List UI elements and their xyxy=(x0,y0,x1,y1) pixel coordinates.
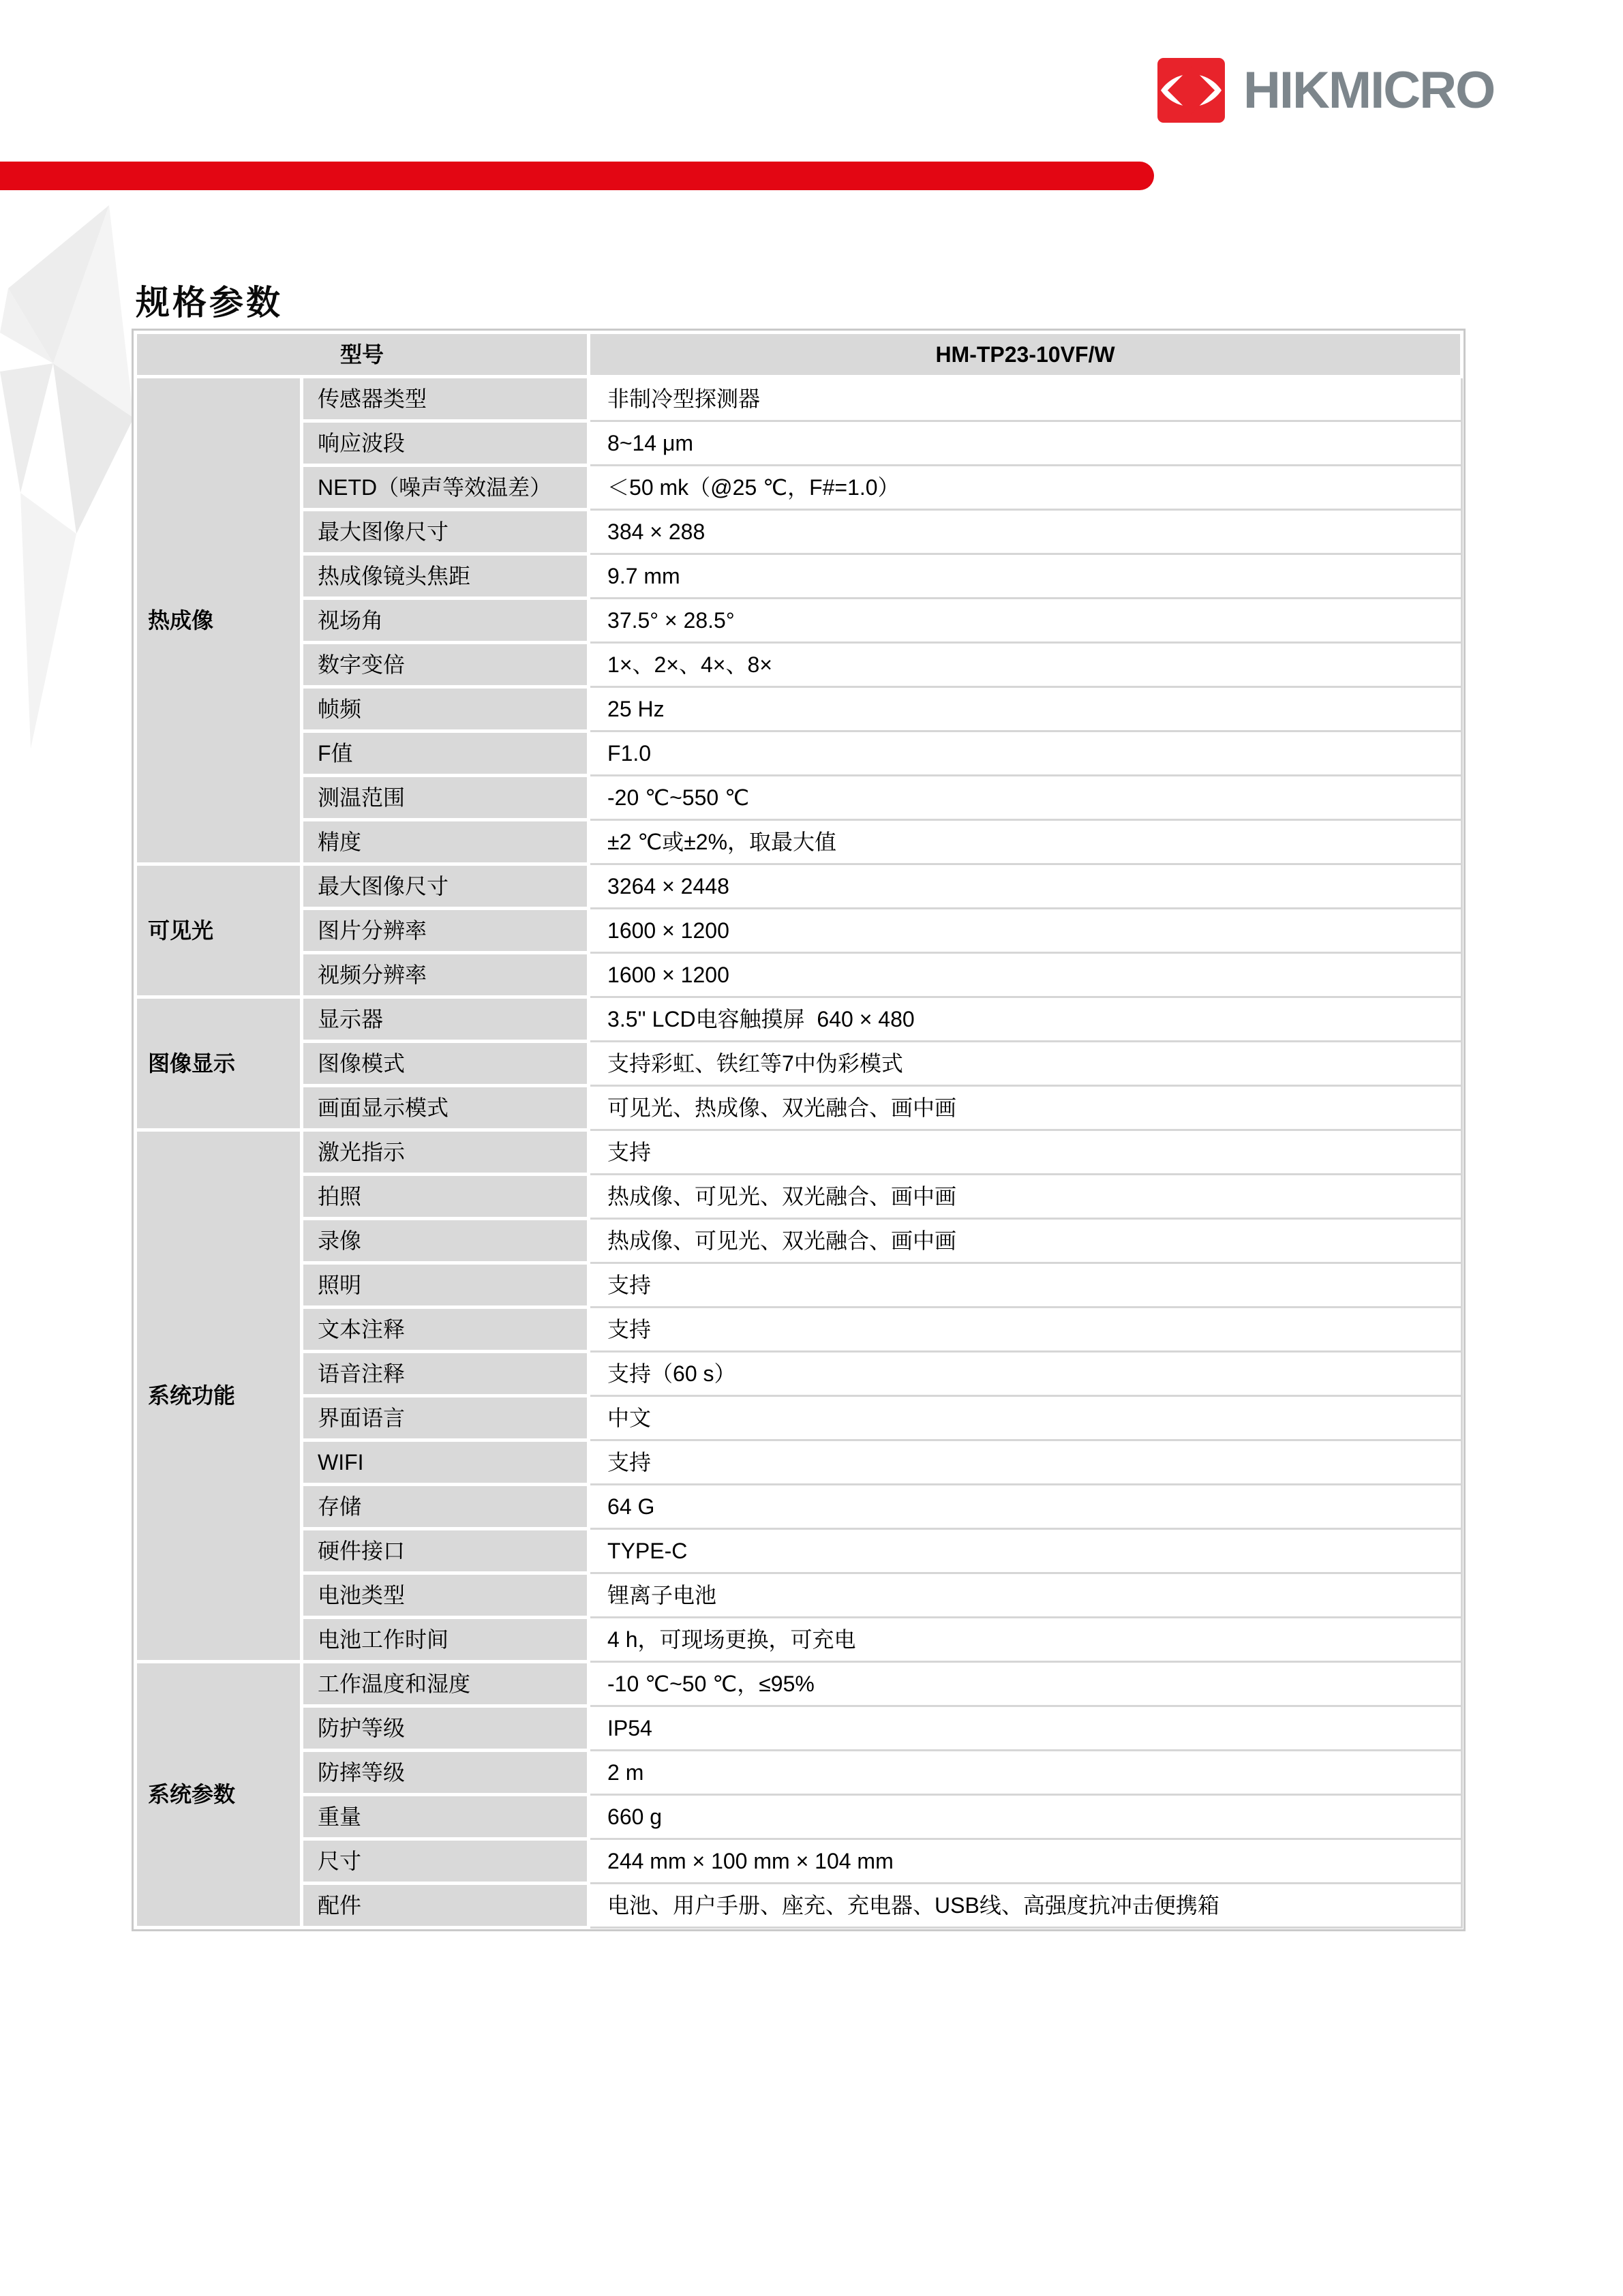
spec-value-cell: ±2 ℃或±2%，取最大值 xyxy=(589,820,1462,864)
spec-value-cell: 中文 xyxy=(589,1396,1462,1440)
spec-label-cell: 最大图像尺寸 xyxy=(302,864,589,909)
table-row: 电池类型锂离子电池 xyxy=(136,1573,1462,1618)
table-row: 响应波段8~14 μm xyxy=(136,421,1462,466)
spec-label-cell: 图片分辨率 xyxy=(302,909,589,953)
category-cell: 图像显示 xyxy=(136,997,302,1130)
spec-label-cell: 测温范围 xyxy=(302,776,589,820)
spec-label-cell: 视频分辨率 xyxy=(302,953,589,997)
spec-label-cell: 精度 xyxy=(302,820,589,864)
table-row: 最大图像尺寸384 × 288 xyxy=(136,510,1462,554)
table-row: 热成像镜头焦距9.7 mm xyxy=(136,554,1462,599)
table-row: 画面显示模式可见光、热成像、双光融合、画中画 xyxy=(136,1086,1462,1130)
table-row: 帧频25 Hz xyxy=(136,687,1462,731)
table-row: 系统参数工作温度和湿度-10 ℃~50 ℃，≤95% xyxy=(136,1662,1462,1706)
table-row: 尺寸244 mm × 100 mm × 104 mm xyxy=(136,1839,1462,1884)
table-row: 测温范围-20 ℃~550 ℃ xyxy=(136,776,1462,820)
spec-value-cell: 25 Hz xyxy=(589,687,1462,731)
spec-value-cell: 电池、用户手册、座充、充电器、USB线、高强度抗冲击便携箱 xyxy=(589,1884,1462,1928)
spec-label-cell: 工作温度和湿度 xyxy=(302,1662,589,1706)
spec-value-cell: TYPE-C xyxy=(589,1529,1462,1573)
spec-value-cell: 1600 × 1200 xyxy=(589,909,1462,953)
table-row: 视场角37.5° × 28.5° xyxy=(136,599,1462,643)
spec-table-body: 型号 HM-TP23-10VF/W 热成像传感器类型非制冷型探测器响应波段8~1… xyxy=(136,333,1462,1928)
table-row: 电池工作时间4 h，可现场更换，可充电 xyxy=(136,1618,1462,1662)
page-title: 规格参数 xyxy=(136,275,283,324)
red-banner-rule xyxy=(0,162,1154,190)
table-row: 热成像传感器类型非制冷型探测器 xyxy=(136,377,1462,421)
spec-value-cell: 4 h，可现场更换，可充电 xyxy=(589,1618,1462,1662)
category-cell: 可见光 xyxy=(136,864,302,997)
table-row: F值F1.0 xyxy=(136,731,1462,776)
model-value-cell: HM-TP23-10VF/W xyxy=(589,333,1462,377)
spec-label-cell: 重量 xyxy=(302,1795,589,1839)
category-cell: 热成像 xyxy=(136,377,302,864)
datasheet-page: HIKMICRO 规格参数 型号 HM-TP23-10VF/W 热成像传感器类型… xyxy=(0,0,1623,2296)
table-row: 存储64 G xyxy=(136,1485,1462,1529)
spec-label-cell: 文本注释 xyxy=(302,1308,589,1352)
table-row: 界面语言中文 xyxy=(136,1396,1462,1440)
spec-value-cell: 244 mm × 100 mm × 104 mm xyxy=(589,1839,1462,1884)
spec-label-cell: 响应波段 xyxy=(302,421,589,466)
spec-label-cell: 语音注释 xyxy=(302,1352,589,1396)
spec-label-cell: WIFI xyxy=(302,1440,589,1485)
spec-value-cell: F1.0 xyxy=(589,731,1462,776)
spec-value-cell: 1×、2×、4×、8× xyxy=(589,643,1462,687)
table-row: 图像显示显示器3.5'' LCD电容触摸屏 640 × 480 xyxy=(136,997,1462,1042)
spec-label-cell: 视场角 xyxy=(302,599,589,643)
spec-value-cell: 支持 xyxy=(589,1130,1462,1175)
spec-label-cell: 激光指示 xyxy=(302,1130,589,1175)
spec-label-cell: 录像 xyxy=(302,1219,589,1263)
spec-label-cell: 硬件接口 xyxy=(302,1529,589,1573)
table-row: 图片分辨率1600 × 1200 xyxy=(136,909,1462,953)
table-row: 录像热成像、可见光、双光融合、画中画 xyxy=(136,1219,1462,1263)
hikmicro-logo: HIKMICRO xyxy=(1157,58,1494,123)
table-row: 防摔等级2 m xyxy=(136,1751,1462,1795)
table-header-row: 型号 HM-TP23-10VF/W xyxy=(136,333,1462,377)
spec-value-cell: 可见光、热成像、双光融合、画中画 xyxy=(589,1086,1462,1130)
spec-value-cell: 支持（60 s） xyxy=(589,1352,1462,1396)
spec-value-cell: 37.5° × 28.5° xyxy=(589,599,1462,643)
table-row: 拍照热成像、可见光、双光融合、画中画 xyxy=(136,1175,1462,1219)
spec-label-cell: 画面显示模式 xyxy=(302,1086,589,1130)
spec-label-cell: 拍照 xyxy=(302,1175,589,1219)
spec-label-cell: 配件 xyxy=(302,1884,589,1928)
spec-label-cell: 传感器类型 xyxy=(302,377,589,421)
table-row: 文本注释支持 xyxy=(136,1308,1462,1352)
spec-label-cell: 显示器 xyxy=(302,997,589,1042)
spec-label-cell: 界面语言 xyxy=(302,1396,589,1440)
spec-value-cell: 3.5'' LCD电容触摸屏 640 × 480 xyxy=(589,997,1462,1042)
spec-value-cell: 热成像、可见光、双光融合、画中画 xyxy=(589,1219,1462,1263)
table-row: 照明支持 xyxy=(136,1263,1462,1308)
spec-value-cell: 1600 × 1200 xyxy=(589,953,1462,997)
hikmicro-logo-icon xyxy=(1157,58,1226,123)
spec-value-cell: -20 ℃~550 ℃ xyxy=(589,776,1462,820)
spec-label-cell: F值 xyxy=(302,731,589,776)
table-frame: 型号 HM-TP23-10VF/W 热成像传感器类型非制冷型探测器响应波段8~1… xyxy=(132,329,1466,1931)
watermark-graphic xyxy=(0,193,143,752)
spec-label-cell: 图像模式 xyxy=(302,1042,589,1086)
table-row: 重量660 g xyxy=(136,1795,1462,1839)
table-row: 视频分辨率1600 × 1200 xyxy=(136,953,1462,997)
table-row: 硬件接口TYPE-C xyxy=(136,1529,1462,1573)
spec-label-cell: 最大图像尺寸 xyxy=(302,510,589,554)
spec-value-cell: 384 × 288 xyxy=(589,510,1462,554)
table-row: NETD（噪声等效温差）＜50 mk（@25 ℃，F#=1.0） xyxy=(136,466,1462,510)
model-header-cell: 型号 xyxy=(136,333,589,377)
table-row: 配件电池、用户手册、座充、充电器、USB线、高强度抗冲击便携箱 xyxy=(136,1884,1462,1928)
spec-table: 型号 HM-TP23-10VF/W 热成像传感器类型非制冷型探测器响应波段8~1… xyxy=(134,331,1463,1929)
spec-label-cell: 存储 xyxy=(302,1485,589,1529)
spec-label-cell: 电池工作时间 xyxy=(302,1618,589,1662)
spec-value-cell: 3264 × 2448 xyxy=(589,864,1462,909)
table-row: 数字变倍1×、2×、4×、8× xyxy=(136,643,1462,687)
spec-label-cell: 数字变倍 xyxy=(302,643,589,687)
spec-value-cell: 支持 xyxy=(589,1440,1462,1485)
spec-value-cell: 支持 xyxy=(589,1308,1462,1352)
spec-label-cell: 热成像镜头焦距 xyxy=(302,554,589,599)
spec-value-cell: 2 m xyxy=(589,1751,1462,1795)
spec-label-cell: 防护等级 xyxy=(302,1706,589,1751)
spec-value-cell: 支持彩虹、铁红等7中伪彩模式 xyxy=(589,1042,1462,1086)
table-row: 防护等级IP54 xyxy=(136,1706,1462,1751)
spec-value-cell: 非制冷型探测器 xyxy=(589,377,1462,421)
table-row: 系统功能激光指示支持 xyxy=(136,1130,1462,1175)
spec-value-cell: 64 G xyxy=(589,1485,1462,1529)
spec-label-cell: 防摔等级 xyxy=(302,1751,589,1795)
spec-label-cell: 帧频 xyxy=(302,687,589,731)
spec-value-cell: 支持 xyxy=(589,1263,1462,1308)
table-row: 可见光最大图像尺寸3264 × 2448 xyxy=(136,864,1462,909)
spec-label-cell: 照明 xyxy=(302,1263,589,1308)
category-cell: 系统功能 xyxy=(136,1130,302,1662)
spec-value-cell: 660 g xyxy=(589,1795,1462,1839)
category-cell: 系统参数 xyxy=(136,1662,302,1928)
spec-value-cell: 锂离子电池 xyxy=(589,1573,1462,1618)
spec-value-cell: IP54 xyxy=(589,1706,1462,1751)
spec-value-cell: 热成像、可见光、双光融合、画中画 xyxy=(589,1175,1462,1219)
spec-value-cell: 8~14 μm xyxy=(589,421,1462,466)
spec-value-cell: ＜50 mk（@25 ℃，F#=1.0） xyxy=(589,466,1462,510)
spec-label-cell: 尺寸 xyxy=(302,1839,589,1884)
table-row: 语音注释支持（60 s） xyxy=(136,1352,1462,1396)
table-row: WIFI支持 xyxy=(136,1440,1462,1485)
spec-value-cell: 9.7 mm xyxy=(589,554,1462,599)
spec-label-cell: 电池类型 xyxy=(302,1573,589,1618)
table-row: 精度±2 ℃或±2%，取最大值 xyxy=(136,820,1462,864)
table-row: 图像模式支持彩虹、铁红等7中伪彩模式 xyxy=(136,1042,1462,1086)
hikmicro-wordmark: HIKMICRO xyxy=(1243,58,1494,123)
spec-label-cell: NETD（噪声等效温差） xyxy=(302,466,589,510)
spec-value-cell: -10 ℃~50 ℃，≤95% xyxy=(589,1662,1462,1706)
